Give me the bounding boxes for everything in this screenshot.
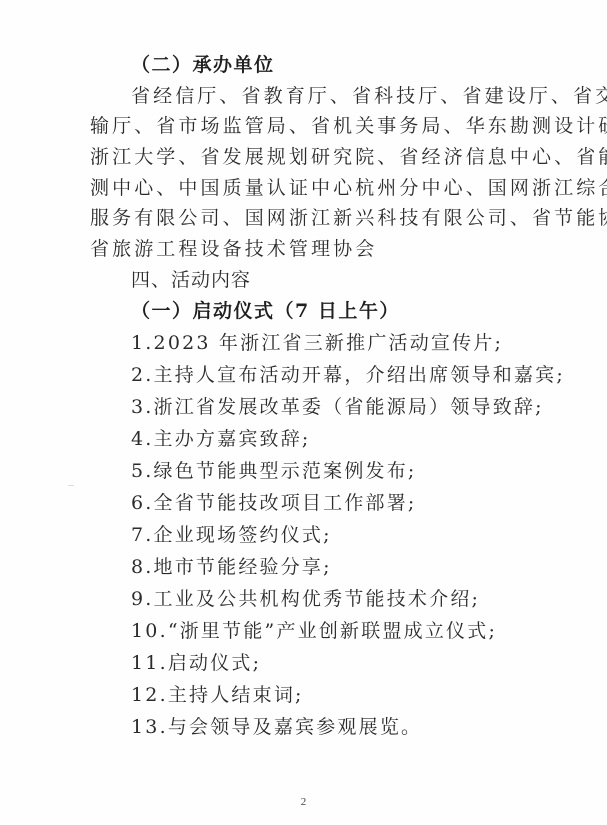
agenda-item: 10.“浙里节能”产业创新联盟成立仪式; xyxy=(131,619,576,643)
agenda-item: 1.2023 年浙江省三新推广活动宣传片; xyxy=(131,331,576,355)
agenda-item: 4.主办方嘉宾致辞; xyxy=(131,427,576,451)
agenda-item: 13.与会领导及嘉宾参观展览。 xyxy=(131,715,576,739)
agenda-item: 3.浙江省发展改革委（省能源局）领导致辞; xyxy=(131,395,576,419)
organizers-paragraph-line: 浙江大学、省发展规划研究院、省经济信息中心、省能源监 xyxy=(90,145,535,169)
agenda-item: 6.全省节能技改项目工作部署; xyxy=(131,491,576,515)
page-number: 2 xyxy=(0,796,607,808)
agenda-item: 11.启动仪式; xyxy=(131,651,576,675)
organizers-heading: （二）承办单位 xyxy=(131,53,576,77)
organizers-paragraph-line: 省旅游工程设备技术管理协会 xyxy=(90,237,535,261)
organizers-paragraph-line: 省经信厅、省教育厅、省科技厅、省建设厅、省交通运 xyxy=(131,84,576,108)
activities-heading: 四、活动内容 xyxy=(131,268,576,292)
agenda-item: 9.工业及公共机构优秀节能技术介绍; xyxy=(131,587,576,611)
document-page: （二）承办单位 省经信厅、省教育厅、省科技厅、省建设厅、省交通运 输厅、省市场监… xyxy=(0,0,607,825)
launch-ceremony-subheading: （一）启动仪式（7 日上午） xyxy=(131,299,576,323)
margin-mark xyxy=(68,485,74,486)
agenda-item: 2.主持人宣布活动开幕，介绍出席领导和嘉宾; xyxy=(131,363,576,387)
agenda-item: 5.绿色节能典型示范案例发布; xyxy=(131,459,576,483)
agenda-item: 7.企业现场签约仪式; xyxy=(131,523,576,547)
agenda-item: 8.地市节能经验分享; xyxy=(131,555,576,579)
organizers-paragraph-line: 测中心、中国质量认证中心杭州分中心、国网浙江综合能源 xyxy=(90,176,535,200)
organizers-paragraph-line: 服务有限公司、国网浙江新兴科技有限公司、省节能协会、 xyxy=(90,206,535,230)
agenda-item: 12.主持人结束词; xyxy=(131,683,576,707)
organizers-paragraph-line: 输厅、省市场监管局、省机关事务局、华东勘测设计研究院、 xyxy=(90,114,535,138)
